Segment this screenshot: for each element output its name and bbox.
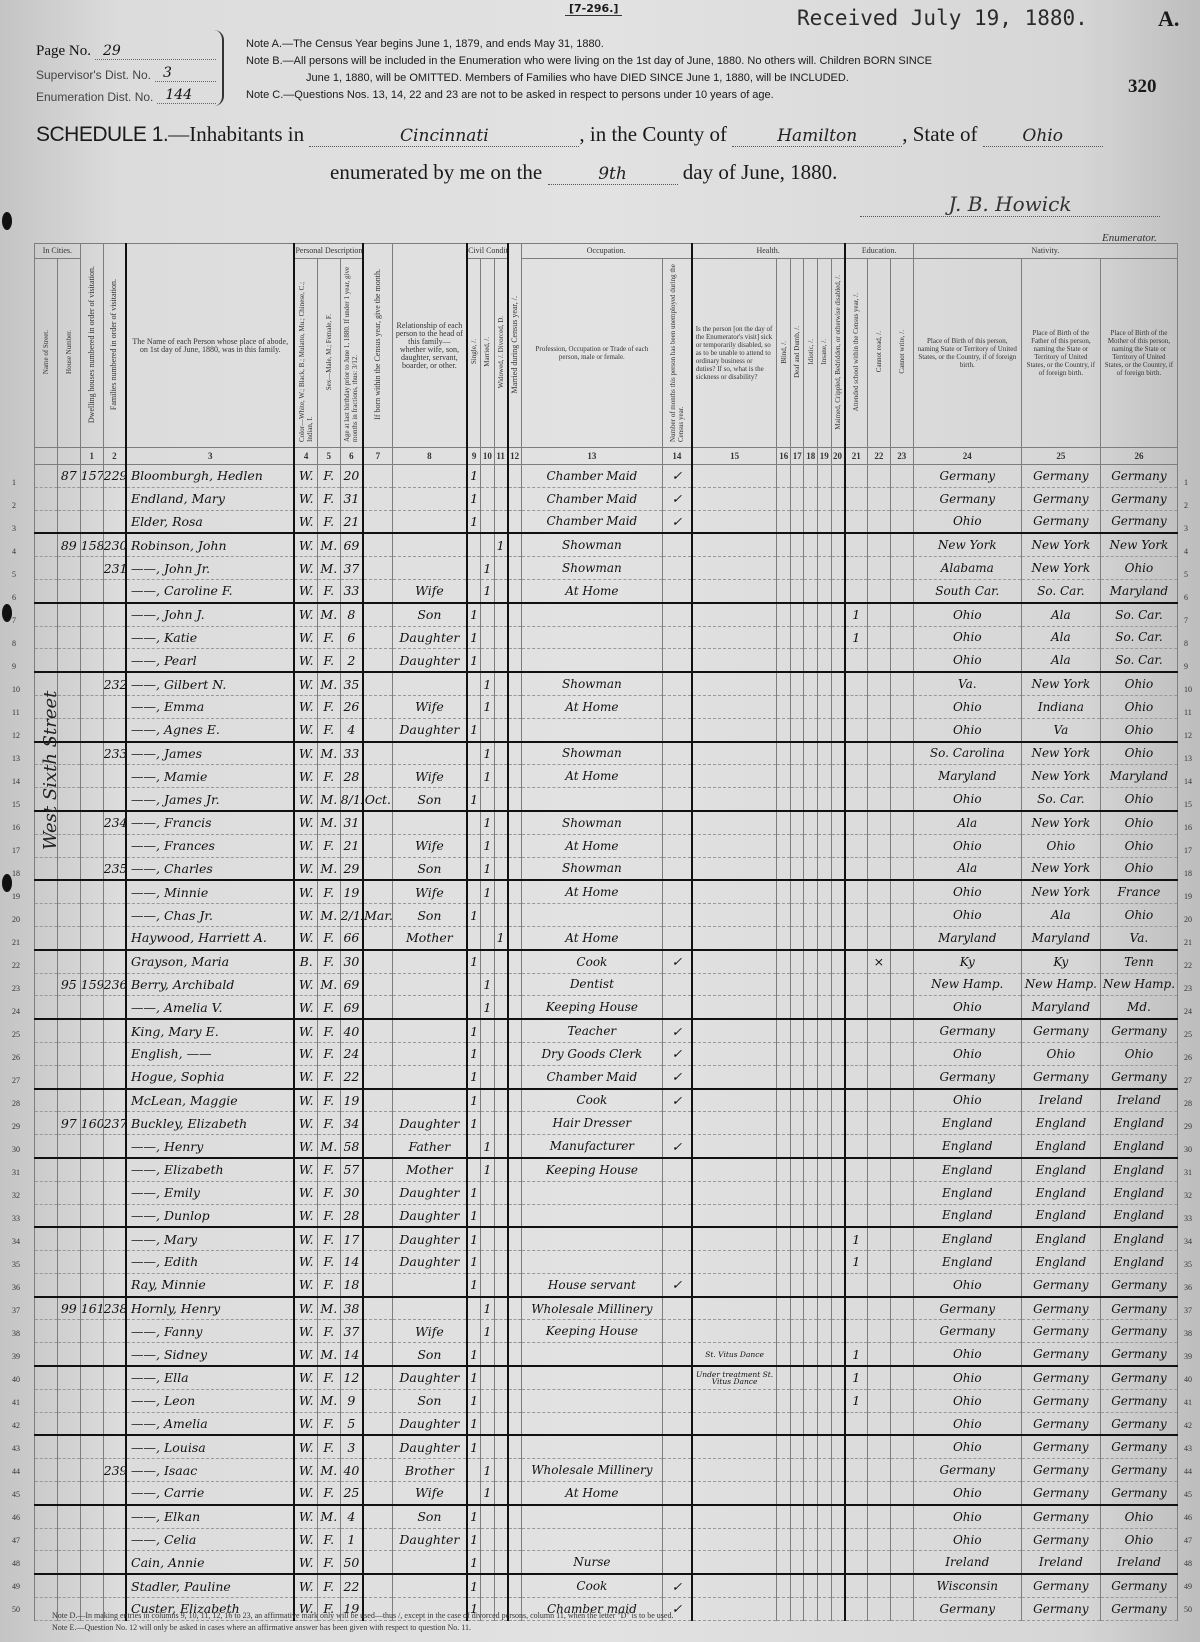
single-mark-cell: 1: [467, 1574, 481, 1597]
months-unemployed-cell: [663, 1251, 692, 1274]
person-name-cell: Buckley, Elizabeth: [126, 1112, 294, 1135]
row-number: 39: [12, 1352, 20, 1361]
sex-cell: F.: [317, 1273, 340, 1296]
column-number: 11: [494, 448, 508, 465]
street-name-cell: [35, 1320, 58, 1343]
row-number: 33: [1184, 1214, 1192, 1223]
inhabitants-label: —Inhabitants in: [168, 122, 304, 146]
corner-letter: A.: [1158, 6, 1179, 32]
single-mark-cell: [467, 557, 481, 580]
widowed-mark-cell: [494, 1089, 508, 1112]
married-in-year-mark-cell: [508, 1019, 522, 1042]
father-birthplace-cell: Ala: [1021, 603, 1100, 626]
sickness-cell: [692, 880, 777, 903]
color-cell: W.: [294, 765, 317, 788]
table-row: Grayson, MariaB.F.301Cook✓×KyKyTenn: [35, 950, 1178, 973]
street-name-cell: [35, 1204, 58, 1227]
relationship-cell: [392, 996, 467, 1019]
column-number: 17: [790, 448, 804, 465]
row-number: 34: [12, 1237, 20, 1246]
occupation-cell: [521, 1389, 662, 1412]
occupation-cell: [521, 1204, 662, 1227]
sickness-cell: [692, 626, 777, 649]
married-mark-cell: [481, 510, 495, 533]
widowed-mark-cell: [494, 1019, 508, 1042]
blind-mark-cell: [777, 1412, 791, 1435]
father-birthplace-cell: England: [1021, 1204, 1100, 1227]
relationship-cell: Father: [392, 1135, 467, 1158]
page-number-row: Page No. 29: [36, 38, 216, 60]
relationship-cell: Brother: [392, 1459, 467, 1482]
insane-mark-cell: [818, 1598, 832, 1621]
sickness-cell: [692, 1528, 777, 1551]
months-unemployed-cell: [663, 695, 692, 718]
col-6-header: Age at last birthday prior to June 1, 18…: [343, 262, 359, 442]
page-serial-number: 320: [1128, 76, 1157, 98]
insane-mark-cell: [818, 742, 832, 765]
table-row: ——, Chas Jr.W.M.2/12Mar.Son1OhioAlaOhio: [35, 904, 1178, 927]
months-unemployed-cell: [663, 1551, 692, 1574]
column-number: 26: [1100, 448, 1177, 465]
cannot-read-mark-cell: [867, 1251, 890, 1274]
father-birthplace-cell: New York: [1021, 533, 1100, 556]
deaf-mark-cell: [790, 533, 804, 556]
row-number: 37: [12, 1306, 20, 1315]
table-row: ——, KatieW.F.6Daughter11OhioAlaSo. Car.: [35, 626, 1178, 649]
married-in-year-mark-cell: [508, 973, 522, 996]
married-in-year-mark-cell: [508, 465, 522, 488]
age-cell: 31: [340, 811, 363, 834]
received-stamp: Received July 19, 1880.: [797, 6, 1088, 30]
school-mark-cell: [845, 1459, 868, 1482]
cannot-write-mark-cell: [890, 1343, 913, 1366]
census-table: In Cities. Dwelling houses numbered in o…: [34, 243, 1178, 1621]
mother-birthplace-cell: Germany: [1100, 465, 1177, 488]
cannot-write-mark-cell: [890, 626, 913, 649]
street-name-cell: [35, 1065, 58, 1088]
mother-birthplace-cell: Germany: [1100, 1366, 1177, 1389]
single-mark-cell: 1: [467, 1089, 481, 1112]
months-unemployed-cell: [663, 1482, 692, 1505]
insane-mark-cell: [818, 1435, 832, 1458]
insane-mark-cell: [818, 1042, 832, 1065]
widowed-mark-cell: [494, 857, 508, 880]
sex-cell: M.: [317, 788, 340, 811]
school-mark-cell: [845, 1273, 868, 1296]
blind-mark-cell: [777, 1204, 791, 1227]
cannot-write-mark-cell: [890, 672, 913, 695]
birth-month-cell: [363, 1089, 392, 1112]
insane-mark-cell: [818, 1412, 832, 1435]
table-row: Hogue, SophiaW.F.221Chamber Maid✓Germany…: [35, 1065, 1178, 1088]
idiotic-mark-cell: [804, 465, 818, 488]
widowed-mark-cell: [494, 1297, 508, 1320]
color-cell: W.: [294, 603, 317, 626]
person-name-cell: Elder, Rosa: [126, 510, 294, 533]
row-number: 40: [12, 1375, 20, 1384]
color-cell: W.: [294, 465, 317, 488]
married-mark-cell: 1: [481, 557, 495, 580]
blind-mark-cell: [777, 1320, 791, 1343]
months-unemployed-cell: [663, 557, 692, 580]
birth-month-cell: [363, 672, 392, 695]
person-name-cell: McLean, Maggie: [126, 1089, 294, 1112]
deaf-mark-cell: [790, 996, 804, 1019]
relationship-cell: Daughter: [392, 626, 467, 649]
cannot-read-mark-cell: [867, 1042, 890, 1065]
dwelling-number-cell: [80, 1204, 103, 1227]
row-number: 46: [12, 1513, 20, 1522]
school-mark-cell: [845, 1528, 868, 1551]
school-mark-cell: 1: [845, 1251, 868, 1274]
birth-month-cell: [363, 1019, 392, 1042]
married-mark-cell: 1: [481, 742, 495, 765]
col-4-header: Color—White, W.; Black, B.; Mulatto, Mu.…: [298, 262, 314, 442]
relationship-cell: [392, 557, 467, 580]
row-number: 31: [12, 1168, 20, 1177]
color-cell: W.: [294, 1459, 317, 1482]
dwelling-number-cell: [80, 950, 103, 973]
street-name-cell: [35, 557, 58, 580]
blind-mark-cell: [777, 672, 791, 695]
relationship-cell: Wife: [392, 880, 467, 903]
sickness-cell: [692, 533, 777, 556]
months-unemployed-cell: [663, 1204, 692, 1227]
street-name-cell: [35, 487, 58, 510]
relationship-cell: [392, 973, 467, 996]
color-cell: W.: [294, 718, 317, 741]
age-cell: 69: [340, 996, 363, 1019]
married-in-year-mark-cell: [508, 1042, 522, 1065]
married-mark-cell: [481, 904, 495, 927]
blind-mark-cell: [777, 695, 791, 718]
sickness-cell: [692, 742, 777, 765]
table-row: 87157229Bloomburgh, HedlenW.F.201Chamber…: [35, 465, 1178, 488]
sex-cell: F.: [317, 996, 340, 1019]
months-unemployed-cell: [663, 1112, 692, 1135]
months-unemployed-cell: [663, 718, 692, 741]
sickness-cell: [692, 510, 777, 533]
page-metadata: Page No. 29 Supervisor's Dist. No. 3 Enu…: [36, 38, 216, 104]
idiotic-mark-cell: [804, 1412, 818, 1435]
group-personal-description: Personal Description.: [294, 244, 363, 259]
married-in-year-mark-cell: [508, 1135, 522, 1158]
family-number-cell: [103, 765, 126, 788]
form-code: [7-296.]: [565, 2, 622, 16]
father-birthplace-cell: Indiana: [1021, 695, 1100, 718]
family-number-cell: [103, 1158, 126, 1181]
enumeration-district-label: Enumeration Dist. No.: [36, 90, 153, 104]
blind-mark-cell: [777, 926, 791, 949]
widowed-mark-cell: [494, 487, 508, 510]
insane-mark-cell: [818, 1459, 832, 1482]
dwelling-number-cell: [80, 1251, 103, 1274]
row-number: 38: [12, 1329, 20, 1338]
mother-birthplace-cell: England: [1100, 1158, 1177, 1181]
color-cell: W.: [294, 811, 317, 834]
mother-birthplace-cell: England: [1100, 1135, 1177, 1158]
row-number: 40: [1184, 1375, 1192, 1384]
dwelling-number-cell: [80, 1042, 103, 1065]
single-mark-cell: [467, 1135, 481, 1158]
relationship-cell: [392, 1273, 467, 1296]
family-number-cell: [103, 1389, 126, 1412]
insane-mark-cell: [818, 465, 832, 488]
dwelling-number-cell: [80, 1065, 103, 1088]
mother-birthplace-cell: Tenn: [1100, 950, 1177, 973]
idiotic-mark-cell: [804, 579, 818, 602]
age-cell: 18: [340, 1273, 363, 1296]
birth-month-cell: [363, 973, 392, 996]
age-cell: 3: [340, 1435, 363, 1458]
insane-mark-cell: [818, 926, 832, 949]
group-education: Education.: [845, 244, 914, 259]
insane-mark-cell: [818, 557, 832, 580]
enumeration-district-row: Enumeration Dist. No. 144: [36, 82, 216, 104]
house-number-cell: [57, 510, 80, 533]
blind-mark-cell: [777, 1598, 791, 1621]
person-name-cell: ——, Henry: [126, 1135, 294, 1158]
married-in-year-mark-cell: [508, 1297, 522, 1320]
married-in-year-mark-cell: [508, 1089, 522, 1112]
school-mark-cell: [845, 533, 868, 556]
table-row: ——, CarrieW.F.25Wife1At HomeOhioGermanyG…: [35, 1482, 1178, 1505]
age-cell: 4: [340, 1505, 363, 1528]
binding-hole-mark: [2, 212, 12, 230]
family-number-cell: [103, 1251, 126, 1274]
color-cell: W.: [294, 510, 317, 533]
married-mark-cell: [481, 1366, 495, 1389]
married-in-year-mark-cell: [508, 1065, 522, 1088]
cannot-read-mark-cell: [867, 1389, 890, 1412]
table-row: ——, CeliaW.F.1Daughter1OhioGermanyOhio: [35, 1528, 1178, 1551]
family-number-cell: 230: [103, 533, 126, 556]
father-birthplace-cell: Germany: [1021, 487, 1100, 510]
row-number: 11: [12, 708, 20, 717]
occupation-cell: Keeping House: [521, 1320, 662, 1343]
house-number-cell: [57, 1459, 80, 1482]
married-in-year-mark-cell: [508, 718, 522, 741]
mother-birthplace-cell: Ohio: [1100, 1505, 1177, 1528]
street-name-cell: [35, 973, 58, 996]
insane-mark-cell: [818, 626, 832, 649]
deaf-mark-cell: [790, 904, 804, 927]
row-number: 2: [1184, 501, 1188, 510]
cannot-write-mark-cell: [890, 1112, 913, 1135]
color-cell: W.: [294, 1528, 317, 1551]
blind-mark-cell: [777, 1574, 791, 1597]
birthplace-cell: England: [913, 1112, 1021, 1135]
row-number: 9: [1184, 662, 1188, 671]
cannot-write-mark-cell: [890, 1528, 913, 1551]
months-unemployed-cell: ✓: [663, 1042, 692, 1065]
blind-mark-cell: [777, 626, 791, 649]
single-mark-cell: 1: [467, 904, 481, 927]
col-13-header: Profession, Occupation or Trade of each …: [522, 345, 662, 361]
cannot-write-mark-cell: [890, 1065, 913, 1088]
color-cell: W.: [294, 649, 317, 672]
footer-notes: Note D.—In making entries in columns 9, …: [52, 1610, 673, 1634]
father-birthplace-cell: Germany: [1021, 1065, 1100, 1088]
age-cell: 50: [340, 1551, 363, 1574]
deaf-mark-cell: [790, 788, 804, 811]
deaf-mark-cell: [790, 857, 804, 880]
sickness-cell: [692, 1181, 777, 1204]
mother-birthplace-cell: England: [1100, 1112, 1177, 1135]
row-number: 2: [12, 501, 16, 510]
dwelling-number-cell: [80, 1459, 103, 1482]
mother-birthplace-cell: Germany: [1100, 1389, 1177, 1412]
sickness-cell: [692, 1251, 777, 1274]
relationship-cell: Wife: [392, 579, 467, 602]
married-in-year-mark-cell: [508, 811, 522, 834]
sex-cell: M.: [317, 742, 340, 765]
sickness-cell: [692, 579, 777, 602]
maimed-mark-cell: [831, 788, 845, 811]
color-cell: W.: [294, 996, 317, 1019]
birthplace-cell: Ohio: [913, 1435, 1021, 1458]
single-mark-cell: [467, 973, 481, 996]
age-cell: 58: [340, 1135, 363, 1158]
row-number: 36: [12, 1283, 20, 1292]
relationship-cell: [392, 811, 467, 834]
cannot-read-mark-cell: [867, 603, 890, 626]
cannot-read-mark-cell: [867, 1551, 890, 1574]
sex-cell: F.: [317, 1065, 340, 1088]
father-birthplace-cell: So. Car.: [1021, 788, 1100, 811]
maimed-mark-cell: [831, 487, 845, 510]
school-mark-cell: [845, 1112, 868, 1135]
birth-month-cell: [363, 765, 392, 788]
blind-mark-cell: [777, 465, 791, 488]
married-mark-cell: [481, 926, 495, 949]
widowed-mark-cell: [494, 1505, 508, 1528]
row-number: 21: [1184, 938, 1192, 947]
birthplace-cell: Ky: [913, 950, 1021, 973]
street-name-header: Name of Street.: [42, 330, 50, 374]
married-in-year-mark-cell: [508, 996, 522, 1019]
birthplace-cell: Germany: [913, 487, 1021, 510]
color-cell: W.: [294, 904, 317, 927]
mother-birthplace-cell: England: [1100, 1251, 1177, 1274]
married-in-year-mark-cell: [508, 1227, 522, 1250]
maimed-mark-cell: [831, 533, 845, 556]
sex-cell: M.: [317, 557, 340, 580]
col-18-header: Idiotic, /.: [807, 339, 815, 364]
father-birthplace-cell: Germany: [1021, 1273, 1100, 1296]
person-name-cell: ——, Emma: [126, 695, 294, 718]
sickness-cell: [692, 788, 777, 811]
age-cell: 57: [340, 1158, 363, 1181]
mother-birthplace-cell: Germany: [1100, 1019, 1177, 1042]
person-name-cell: Hogue, Sophia: [126, 1065, 294, 1088]
blind-mark-cell: [777, 996, 791, 1019]
col-8-header: Relationship of each person to the head …: [393, 322, 466, 370]
mother-birthplace-cell: Ohio: [1100, 788, 1177, 811]
birthplace-cell: England: [913, 1227, 1021, 1250]
note-b-continued: June 1, 1880, will be OMITTED. Members o…: [246, 70, 1116, 87]
birthplace-cell: So. Carolina: [913, 742, 1021, 765]
married-mark-cell: 1: [481, 1297, 495, 1320]
birthplace-cell: Ohio: [913, 510, 1021, 533]
deaf-mark-cell: [790, 950, 804, 973]
idiotic-mark-cell: [804, 1551, 818, 1574]
occupation-cell: [521, 603, 662, 626]
occupation-cell: [521, 904, 662, 927]
months-unemployed-cell: [663, 904, 692, 927]
age-cell: 21: [340, 834, 363, 857]
school-mark-cell: [845, 1412, 868, 1435]
note-b: Note B.—All persons will be included in …: [246, 53, 1116, 70]
dwelling-number-cell: [80, 1158, 103, 1181]
cannot-read-mark-cell: [867, 765, 890, 788]
insane-mark-cell: [818, 579, 832, 602]
single-mark-cell: [467, 579, 481, 602]
birth-month-cell: [363, 1482, 392, 1505]
table-row: ——, MaryW.F.17Daughter11EnglandEnglandEn…: [35, 1227, 1178, 1250]
sickness-cell: [692, 1459, 777, 1482]
birth-month-cell: [363, 487, 392, 510]
birth-month-cell: [363, 1366, 392, 1389]
months-unemployed-cell: [663, 626, 692, 649]
relationship-cell: Wife: [392, 834, 467, 857]
insane-mark-cell: [818, 1528, 832, 1551]
birth-month-cell: [363, 626, 392, 649]
age-cell: 19: [340, 880, 363, 903]
cannot-write-mark-cell: [890, 533, 913, 556]
col-15-header: Is the person [on the day of the Enumera…: [693, 325, 777, 381]
dwelling-number-cell: [80, 1181, 103, 1204]
row-number: 13: [1184, 754, 1192, 763]
row-number: 49: [12, 1582, 20, 1591]
birth-month-cell: [363, 1528, 392, 1551]
family-number-cell: [103, 1089, 126, 1112]
cannot-write-mark-cell: [890, 1366, 913, 1389]
birth-month-cell: [363, 1320, 392, 1343]
page-number-label: Page No.: [36, 43, 91, 60]
single-mark-cell: 1: [467, 1112, 481, 1135]
row-number: 16: [1184, 823, 1192, 832]
row-number: 42: [12, 1421, 20, 1430]
father-birthplace-cell: New York: [1021, 811, 1100, 834]
sex-cell: M.: [317, 811, 340, 834]
deaf-mark-cell: [790, 487, 804, 510]
months-unemployed-cell: [663, 1435, 692, 1458]
maimed-mark-cell: [831, 926, 845, 949]
cannot-write-mark-cell: [890, 1551, 913, 1574]
color-cell: W.: [294, 1505, 317, 1528]
column-number: 14: [663, 448, 692, 465]
supervisor-district-value: 3: [155, 65, 216, 82]
cannot-write-mark-cell: [890, 973, 913, 996]
married-in-year-mark-cell: [508, 1320, 522, 1343]
column-number: 3: [126, 448, 294, 465]
insane-mark-cell: [818, 788, 832, 811]
street-name-cell: [35, 1019, 58, 1042]
age-cell: 25: [340, 1482, 363, 1505]
widowed-mark-cell: [494, 1459, 508, 1482]
cannot-write-mark-cell: [890, 950, 913, 973]
idiotic-mark-cell: [804, 1019, 818, 1042]
father-birthplace-cell: England: [1021, 1135, 1100, 1158]
months-unemployed-cell: [663, 996, 692, 1019]
column-number: 16: [777, 448, 791, 465]
birthplace-cell: Germany: [913, 1019, 1021, 1042]
single-mark-cell: 1: [467, 465, 481, 488]
age-cell: 30: [340, 950, 363, 973]
idiotic-mark-cell: [804, 1181, 818, 1204]
age-cell: 40: [340, 1019, 363, 1042]
